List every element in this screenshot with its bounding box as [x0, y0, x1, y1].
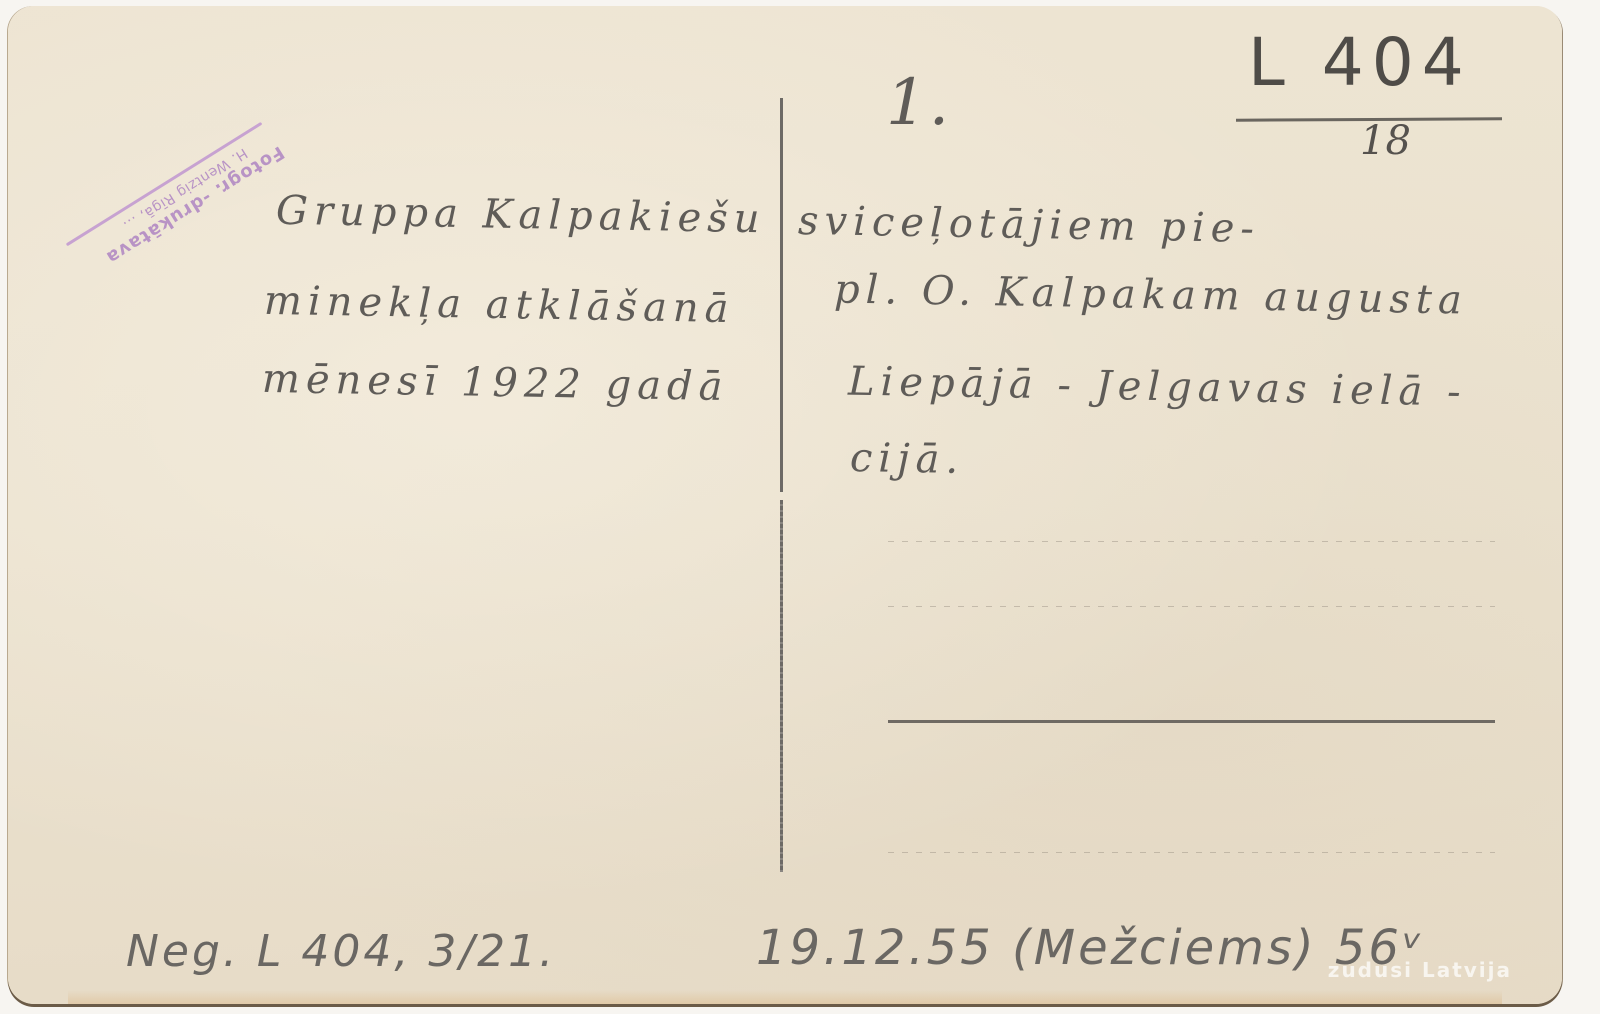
- item-marker: 1.: [886, 66, 951, 140]
- address-line-faint-1: [888, 541, 1495, 542]
- stamp-line-2: H. Wentzig Rīgā, ...: [62, 108, 308, 270]
- reference-number: L 404: [1248, 24, 1472, 101]
- archive-date-note: 19.12.55 (Mežciems) 56ᵛ: [756, 920, 1425, 976]
- message-right-line-1: sviceļotājiem pie-: [798, 198, 1261, 252]
- address-line-faint-3: [888, 852, 1495, 853]
- postcard-back: Fotogr. -drukātava H. Wentzig Rīgā, ... …: [8, 6, 1562, 1004]
- vertical-divider-upper: [780, 98, 783, 492]
- message-left-line-2: minekļa atklāšanā: [264, 278, 735, 332]
- message-right-line-3: Liepājā - Jelgavas ielā -: [848, 359, 1467, 416]
- vertical-divider-lower: [780, 500, 783, 872]
- address-line: [888, 720, 1495, 723]
- message-left-line-3: mēnesī 1922 gadā: [262, 356, 729, 410]
- message-right-line-2: pl. O. Kalpakam augusta: [834, 266, 1469, 323]
- page: Fotogr. -drukātava H. Wentzig Rīgā, ... …: [0, 0, 1600, 1014]
- address-line-faint-2: [888, 606, 1495, 607]
- reference-subnumber: 18: [1360, 118, 1411, 164]
- negative-reference: Neg. L 404, 3/21.: [126, 926, 556, 977]
- message-left-line-1: Gruppa Kalpakiešu: [276, 188, 766, 243]
- watermark: zudusi Latvija: [1328, 958, 1512, 982]
- message-right-line-4: cijā.: [850, 435, 965, 483]
